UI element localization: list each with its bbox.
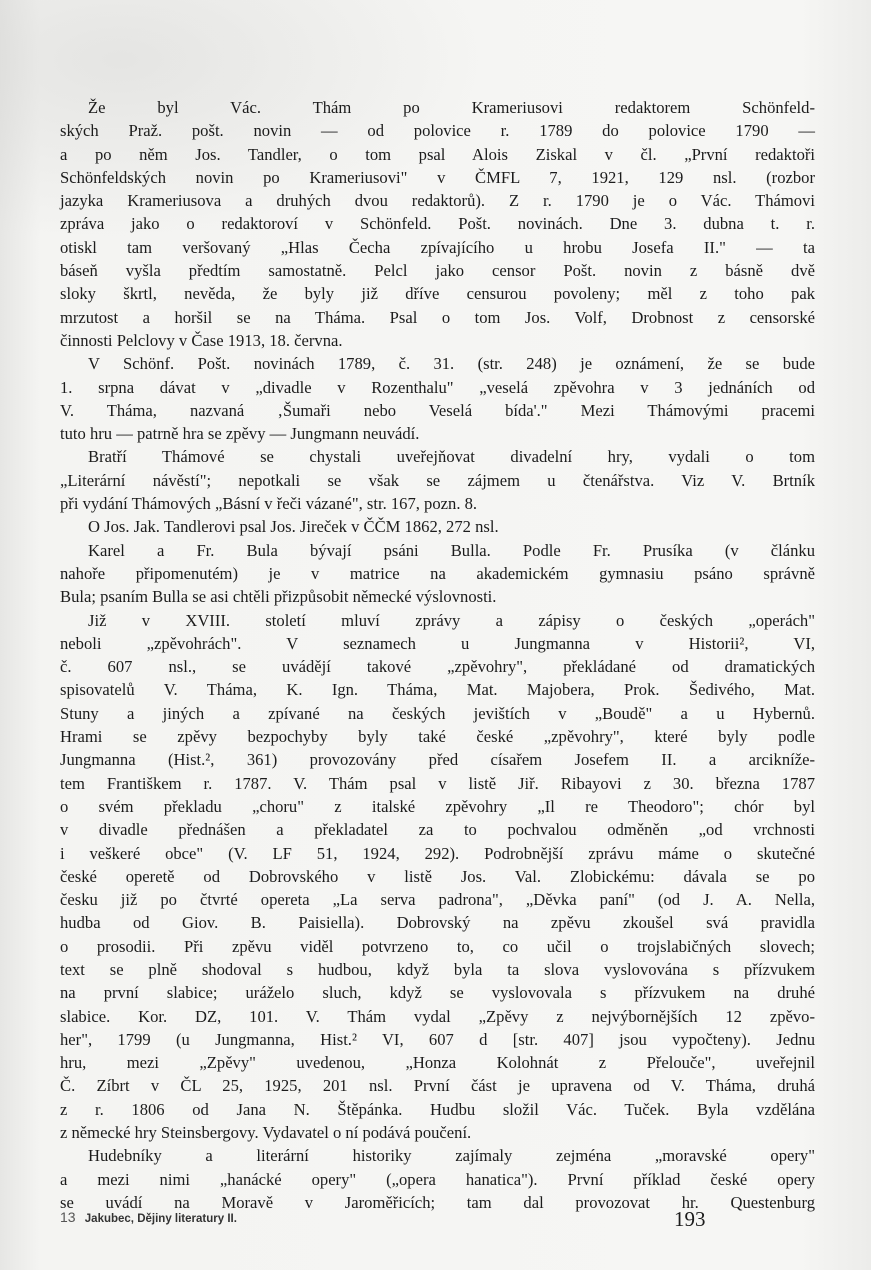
text-line: báseň vyšla předtím samostatně. Pelcl ja… xyxy=(60,259,815,282)
text-line: činnosti Pelclovy v Čase 1913, 18. červn… xyxy=(60,329,815,352)
text-line: Stuny a jiných a zpívané na českých jevi… xyxy=(60,702,815,725)
text-line: Hrami se zpěvy bezpochyby byly také česk… xyxy=(60,725,815,748)
text-line: o prosodii. Při zpěvu viděl potvrzeno to… xyxy=(60,935,815,958)
text-line: Bratří Thámové se chystali uveřejňovat d… xyxy=(60,445,815,468)
text-line: nahoře připomenutém) je v matrice na aka… xyxy=(60,562,815,585)
signature-number: 13 xyxy=(60,1209,76,1225)
text-line: neboli „zpěvohrách". V seznamech u Jungm… xyxy=(60,632,815,655)
text-line: Č. Zíbrt v ČL 25, 1925, 201 nsl. První č… xyxy=(60,1074,815,1097)
text-line: „Literární návěstí"; nepotkali se však s… xyxy=(60,469,815,492)
text-line: i veškeré obce" (V. LF 51, 1924, 292). P… xyxy=(60,842,815,865)
text-line: české operetě od Dobrovského v listě Jos… xyxy=(60,865,815,888)
signature-mark: 13 Jakubec, Dějiny literatury II. xyxy=(60,1209,237,1225)
body-text: Že byl Vác. Thám po Krameriusovi redakto… xyxy=(60,96,815,1214)
text-line: zpráva jako o redaktoroví v Schönfeld. P… xyxy=(60,212,815,235)
text-line: na první slabice; uráželo sluch, když se… xyxy=(60,981,815,1004)
text-line: tem Františkem r. 1787. V. Thám psal v l… xyxy=(60,772,815,795)
text-line: slabice. Kor. DZ, 101. V. Thám vydal „Zp… xyxy=(60,1005,815,1028)
text-line: hru, mezi „Zpěvy" uvedenou, „Honza Koloh… xyxy=(60,1051,815,1074)
text-line: Že byl Vác. Thám po Krameriusovi redakto… xyxy=(60,96,815,119)
text-line: Jungmanna (Hist.², 361) provozovány před… xyxy=(60,748,815,771)
text-line: Hudebníky a literární historiky zajímaly… xyxy=(60,1144,815,1167)
text-line: v divadle přednášen a překladatel za to … xyxy=(60,818,815,841)
text-line: z r. 1806 od Jana N. Štěpánka. Hudbu slo… xyxy=(60,1098,815,1121)
text-line: z německé hry Steinsbergovy. Vydavatel o… xyxy=(60,1121,815,1144)
scanned-page: Že byl Vác. Thám po Krameriusovi redakto… xyxy=(0,0,871,1270)
text-line: hudba od Giov. B. Paisiella). Dobrovský … xyxy=(60,911,815,934)
text-line: česku již po čtvrté opereta „La serva pa… xyxy=(60,888,815,911)
text-line: č. 607 nsl., se uvádějí takové „zpěvohry… xyxy=(60,655,815,678)
text-line: otiskl tam veršovaný „Hlas Čecha zpívají… xyxy=(60,236,815,259)
text-line: Již v XVIII. století mluví zprávy a zápi… xyxy=(60,609,815,632)
page-footer: 13 Jakubec, Dějiny literatury II. 193 xyxy=(36,1207,796,1231)
text-line: mrzutost a horšil se na Tháma. Psal o to… xyxy=(60,306,815,329)
text-line: spisovatelů V. Tháma, K. Ign. Tháma, Mat… xyxy=(60,678,815,701)
text-line: her", 1799 (u Jungmanna, Hist.² VI, 607 … xyxy=(60,1028,815,1051)
signature-text: Jakubec, Dějiny literatury II. xyxy=(85,1213,237,1225)
text-line: při vydání Thámových „Básní v řeči vázan… xyxy=(60,492,815,515)
text-line: Bula; psaním Bulla se asi chtěli přizpůs… xyxy=(60,585,815,608)
text-line: sloky škrtl, nevěda, že byly již dříve c… xyxy=(60,282,815,305)
text-line: text se plně shodoval s hudbou, když byl… xyxy=(60,958,815,981)
text-line: Schönfeldských novin po Krameriusovi" v … xyxy=(60,166,815,189)
text-line: jazyka Krameriusova a druhých dvou redak… xyxy=(60,189,815,212)
text-line: O Jos. Jak. Tandlerovi psal Jos. Jireček… xyxy=(60,515,815,538)
text-line: 1. srpna dávat v „divadle v Rozenthalu" … xyxy=(60,376,815,399)
text-line: V Schönf. Pošt. novinách 1789, č. 31. (s… xyxy=(60,352,815,375)
text-line: V. Tháma, nazvaná ‚Šumaři nebo Veselá bí… xyxy=(60,399,815,422)
text-line: o svém překladu „choru" z italské zpěvoh… xyxy=(60,795,815,818)
page-number: 193 xyxy=(674,1207,706,1232)
text-line: a po něm Jos. Tandler, o tom psal Alois … xyxy=(60,143,815,166)
text-line: a mezi nimi „hanácké opery" („opera hana… xyxy=(60,1168,815,1191)
text-line: tuto hru — patrně hra se zpěvy — Jungman… xyxy=(60,422,815,445)
text-line: ských Praž. pošt. novin — od polovice r.… xyxy=(60,119,815,142)
text-line: Karel a Fr. Bula bývají psáni Bulla. Pod… xyxy=(60,539,815,562)
